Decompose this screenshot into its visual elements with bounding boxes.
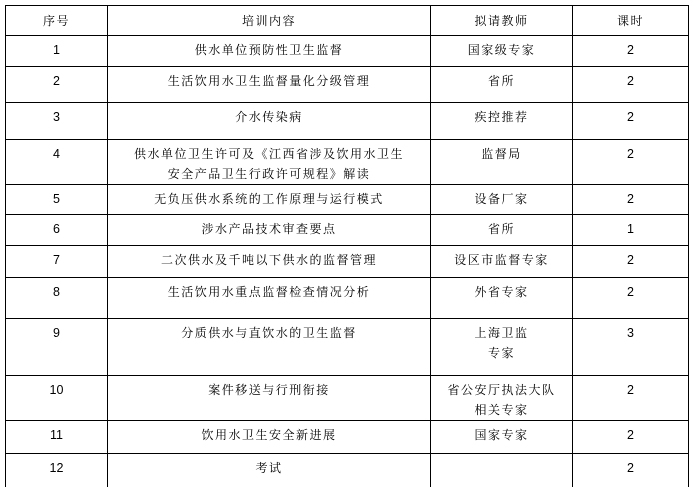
cell-teacher: 国家级专家	[431, 36, 573, 67]
cell-content: 供水单位预防性卫生监督	[108, 36, 431, 67]
cell-no: 9	[6, 319, 108, 376]
cell-no: 6	[6, 215, 108, 246]
teacher-line: 省所	[431, 71, 572, 91]
cell-content: 饮用水卫生安全新进展	[108, 421, 431, 454]
cell-hours: 2	[573, 67, 689, 103]
content-line: 饮用水卫生安全新进展	[108, 425, 430, 445]
cell-content: 考试	[108, 454, 431, 487]
teacher-line: 设备厂家	[431, 189, 572, 209]
cell-no: 5	[6, 185, 108, 215]
cell-content: 生活饮用水卫生监督量化分级管理	[108, 67, 431, 103]
training-schedule-table: 序号 培训内容 拟请教师 课时 1供水单位预防性卫生监督国家级专家22生活饮用水…	[5, 5, 689, 487]
header-teacher: 拟请教师	[431, 6, 573, 36]
cell-no: 11	[6, 421, 108, 454]
teacher-line: 监督局	[431, 144, 572, 164]
teacher-line: 设区市监督专家	[431, 250, 572, 270]
content-line: 介水传染病	[108, 107, 430, 127]
cell-teacher: 外省专家	[431, 278, 573, 319]
cell-hours: 1	[573, 215, 689, 246]
cell-hours: 2	[573, 278, 689, 319]
cell-no: 10	[6, 376, 108, 421]
header-hours: 课时	[573, 6, 689, 36]
cell-hours: 2	[573, 454, 689, 487]
cell-hours: 2	[573, 103, 689, 140]
content-line: 生活饮用水卫生监督量化分级管理	[108, 71, 430, 91]
header-content: 培训内容	[108, 6, 431, 36]
cell-teacher: 疾控推荐	[431, 103, 573, 140]
content-line: 考试	[108, 458, 430, 478]
teacher-line: 省所	[431, 219, 572, 239]
content-line: 供水单位卫生许可及《江西省涉及饮用水卫生	[108, 144, 430, 164]
cell-content: 涉水产品技术审查要点	[108, 215, 431, 246]
table-row: 8生活饮用水重点监督检查情况分析外省专家2	[6, 278, 689, 319]
header-no: 序号	[6, 6, 108, 36]
table-row: 11饮用水卫生安全新进展国家专家2	[6, 421, 689, 454]
cell-content: 二次供水及千吨以下供水的监督管理	[108, 246, 431, 278]
teacher-line: 疾控推荐	[431, 107, 572, 127]
cell-teacher: 省所	[431, 215, 573, 246]
cell-no: 12	[6, 454, 108, 487]
table-row: 7二次供水及千吨以下供水的监督管理设区市监督专家2	[6, 246, 689, 278]
teacher-line: 国家专家	[431, 425, 572, 445]
header-row: 序号 培训内容 拟请教师 课时	[6, 6, 689, 36]
cell-content: 无负压供水系统的工作原理与运行模式	[108, 185, 431, 215]
cell-teacher: 设区市监督专家	[431, 246, 573, 278]
cell-teacher: 省公安厅执法大队相关专家	[431, 376, 573, 421]
cell-hours: 2	[573, 36, 689, 67]
cell-no: 3	[6, 103, 108, 140]
cell-hours: 2	[573, 421, 689, 454]
teacher-line: 上海卫监	[431, 323, 572, 343]
teacher-line: 专家	[431, 343, 572, 363]
cell-teacher: 监督局	[431, 140, 573, 185]
cell-hours: 2	[573, 140, 689, 185]
cell-content: 生活饮用水重点监督检查情况分析	[108, 278, 431, 319]
table-row: 5无负压供水系统的工作原理与运行模式设备厂家2	[6, 185, 689, 215]
cell-teacher	[431, 454, 573, 487]
cell-teacher: 国家专家	[431, 421, 573, 454]
cell-teacher: 省所	[431, 67, 573, 103]
cell-hours: 2	[573, 246, 689, 278]
cell-hours: 2	[573, 376, 689, 421]
cell-teacher: 上海卫监专家	[431, 319, 573, 376]
cell-no: 2	[6, 67, 108, 103]
teacher-line: 省公安厅执法大队	[431, 380, 572, 400]
cell-content: 案件移送与行刑衔接	[108, 376, 431, 421]
table-row: 2生活饮用水卫生监督量化分级管理省所2	[6, 67, 689, 103]
table-row: 12考试2	[6, 454, 689, 487]
cell-no: 4	[6, 140, 108, 185]
cell-content: 分质供水与直饮水的卫生监督	[108, 319, 431, 376]
content-line: 供水单位预防性卫生监督	[108, 40, 430, 60]
content-line: 涉水产品技术审查要点	[108, 219, 430, 239]
cell-no: 8	[6, 278, 108, 319]
cell-no: 1	[6, 36, 108, 67]
table-row: 6涉水产品技术审查要点省所1	[6, 215, 689, 246]
teacher-line: 外省专家	[431, 282, 572, 302]
cell-teacher: 设备厂家	[431, 185, 573, 215]
content-line: 安全产品卫生行政许可规程》解读	[108, 164, 430, 184]
cell-hours: 2	[573, 185, 689, 215]
teacher-line: 国家级专家	[431, 40, 572, 60]
content-line: 案件移送与行刑衔接	[108, 380, 430, 400]
cell-content: 供水单位卫生许可及《江西省涉及饮用水卫生安全产品卫生行政许可规程》解读	[108, 140, 431, 185]
table-row: 3介水传染病疾控推荐2	[6, 103, 689, 140]
table-row: 9分质供水与直饮水的卫生监督上海卫监专家3	[6, 319, 689, 376]
content-line: 生活饮用水重点监督检查情况分析	[108, 282, 430, 302]
table-row: 10案件移送与行刑衔接省公安厅执法大队相关专家2	[6, 376, 689, 421]
cell-content: 介水传染病	[108, 103, 431, 140]
table-row: 4供水单位卫生许可及《江西省涉及饮用水卫生安全产品卫生行政许可规程》解读监督局2	[6, 140, 689, 185]
cell-hours: 3	[573, 319, 689, 376]
table-row: 1供水单位预防性卫生监督国家级专家2	[6, 36, 689, 67]
cell-no: 7	[6, 246, 108, 278]
content-line: 二次供水及千吨以下供水的监督管理	[108, 250, 430, 270]
content-line: 分质供水与直饮水的卫生监督	[108, 323, 430, 343]
content-line: 无负压供水系统的工作原理与运行模式	[108, 189, 430, 209]
teacher-line: 相关专家	[431, 400, 572, 420]
